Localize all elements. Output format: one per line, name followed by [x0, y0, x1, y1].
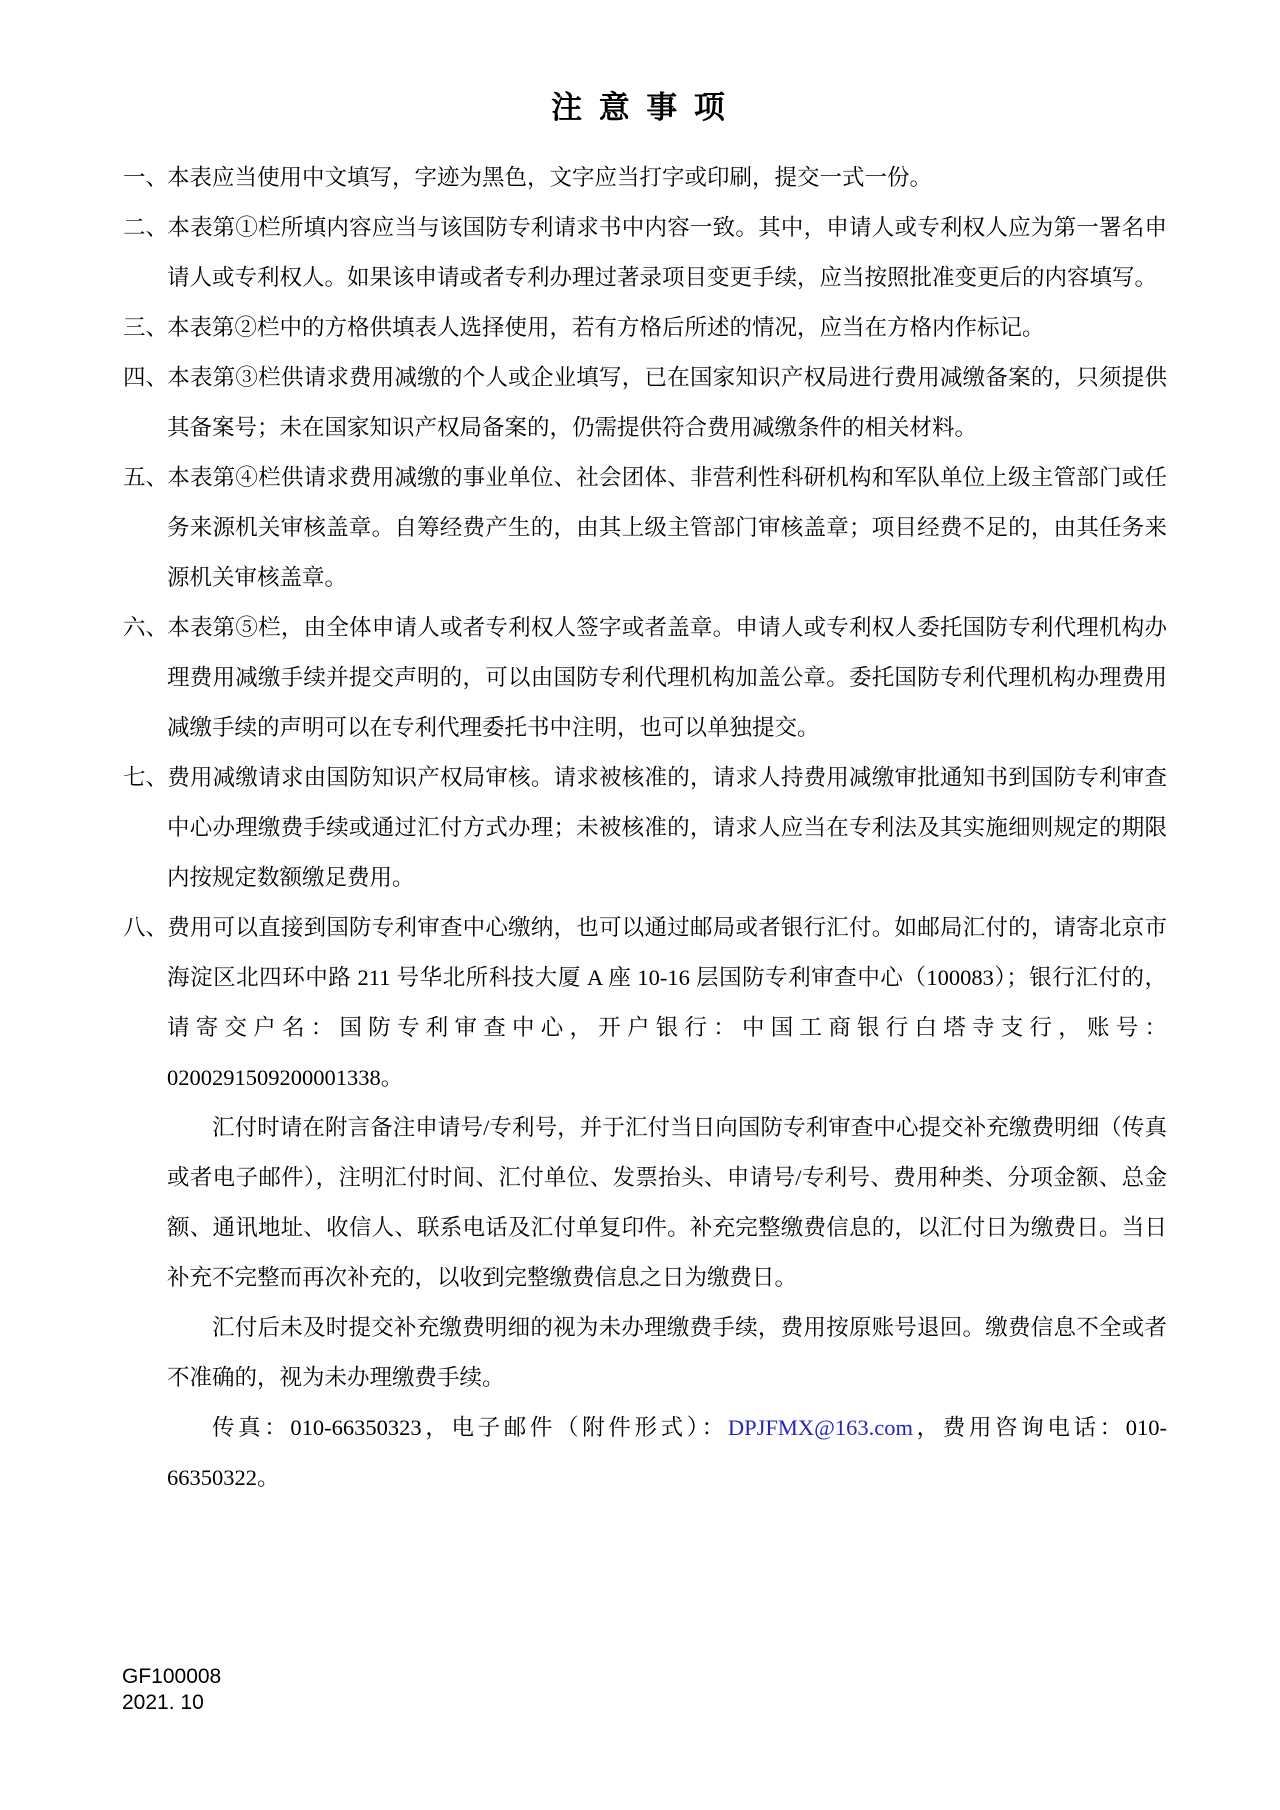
form-version-date: 2021. 10: [122, 1690, 221, 1716]
item-text: 本表第⑤栏，由全体申请人或者专利权人签字或者盖章。申请人或专利权人委托国防专利代…: [167, 615, 1167, 740]
item-number: 七、: [123, 753, 167, 803]
item-text: 本表第①栏所填内容应当与该国防专利请求书中内容一致。其中，申请人或专利权人应为第…: [167, 215, 1167, 290]
note-item-6: 六、本表第⑤栏，由全体申请人或者专利权人签字或者盖章。申请人或专利权人委托国防专…: [123, 603, 1167, 753]
item-number: 三、: [123, 303, 167, 353]
item-number: 四、: [123, 353, 167, 403]
item-number: 六、: [123, 603, 167, 653]
note-item-1: 一、本表应当使用中文填写，字迹为黑色，文字应当打字或印刷，提交一式一份。: [123, 153, 1167, 203]
note-item-7: 七、费用减缴请求由国防知识产权局审核。请求被核准的，请求人持费用减缴审批通知书到…: [123, 753, 1167, 903]
contact-paragraph: 传真：010-66350323，电子邮件（附件形式）：DPJFMX@163.co…: [167, 1403, 1167, 1503]
remittance-detail-paragraph: 汇付时请在附言备注申请号/专利号，并于汇付当日向国防专利审查中心提交补充缴费明细…: [167, 1103, 1167, 1303]
email-link[interactable]: DPJFMX@163.com: [728, 1415, 913, 1440]
item-text: 费用可以直接到国防专利审查中心缴纳，也可以通过邮局或者银行汇付。如邮局汇付的，请…: [167, 915, 1167, 1090]
item-text: 本表应当使用中文填写，字迹为黑色，文字应当打字或印刷，提交一式一份。: [167, 165, 932, 190]
note-item-3: 三、本表第②栏中的方格供填表人选择使用，若有方格后所述的情况，应当在方格内作标记…: [123, 303, 1167, 353]
document-page: 注 意 事 项 一、本表应当使用中文填写，字迹为黑色，文字应当打字或印刷，提交一…: [0, 0, 1280, 1810]
form-footer: GF100008 2021. 10: [122, 1664, 221, 1716]
note-item-2: 二、本表第①栏所填内容应当与该国防专利请求书中内容一致。其中，申请人或专利权人应…: [123, 203, 1167, 303]
contact-text-before: 传真：010-66350323，电子邮件（附件形式）：: [212, 1415, 728, 1440]
note-item-4: 四、本表第③栏供请求费用减缴的个人或企业填写，已在国家知识产权局进行费用减缴备案…: [123, 353, 1167, 453]
note-item-5: 五、本表第④栏供请求费用减缴的事业单位、社会团体、非营利性科研机构和军队单位上级…: [123, 453, 1167, 603]
item-number: 二、: [123, 203, 167, 253]
item-number: 一、: [123, 153, 167, 203]
item-text: 费用减缴请求由国防知识产权局审核。请求被核准的，请求人持费用减缴审批通知书到国防…: [167, 765, 1167, 890]
form-code: GF100008: [122, 1664, 221, 1690]
note-item-8: 八、费用可以直接到国防专利审查中心缴纳，也可以通过邮局或者银行汇付。如邮局汇付的…: [123, 903, 1167, 1103]
item-text: 本表第②栏中的方格供填表人选择使用，若有方格后所述的情况，应当在方格内作标记。: [167, 315, 1045, 340]
item-number: 八、: [123, 903, 167, 953]
notes-list: 一、本表应当使用中文填写，字迹为黑色，文字应当打字或印刷，提交一式一份。 二、本…: [0, 153, 1280, 1503]
item-text: 本表第④栏供请求费用减缴的事业单位、社会团体、非营利性科研机构和军队单位上级主管…: [167, 465, 1167, 590]
item-number: 五、: [123, 453, 167, 503]
page-title: 注 意 事 项: [0, 0, 1280, 128]
item-text: 本表第③栏供请求费用减缴的个人或企业填写，已在国家知识产权局进行费用减缴备案的，…: [167, 365, 1167, 440]
remittance-warning-paragraph: 汇付后未及时提交补充缴费明细的视为未办理缴费手续，费用按原账号退回。缴费信息不全…: [167, 1303, 1167, 1403]
